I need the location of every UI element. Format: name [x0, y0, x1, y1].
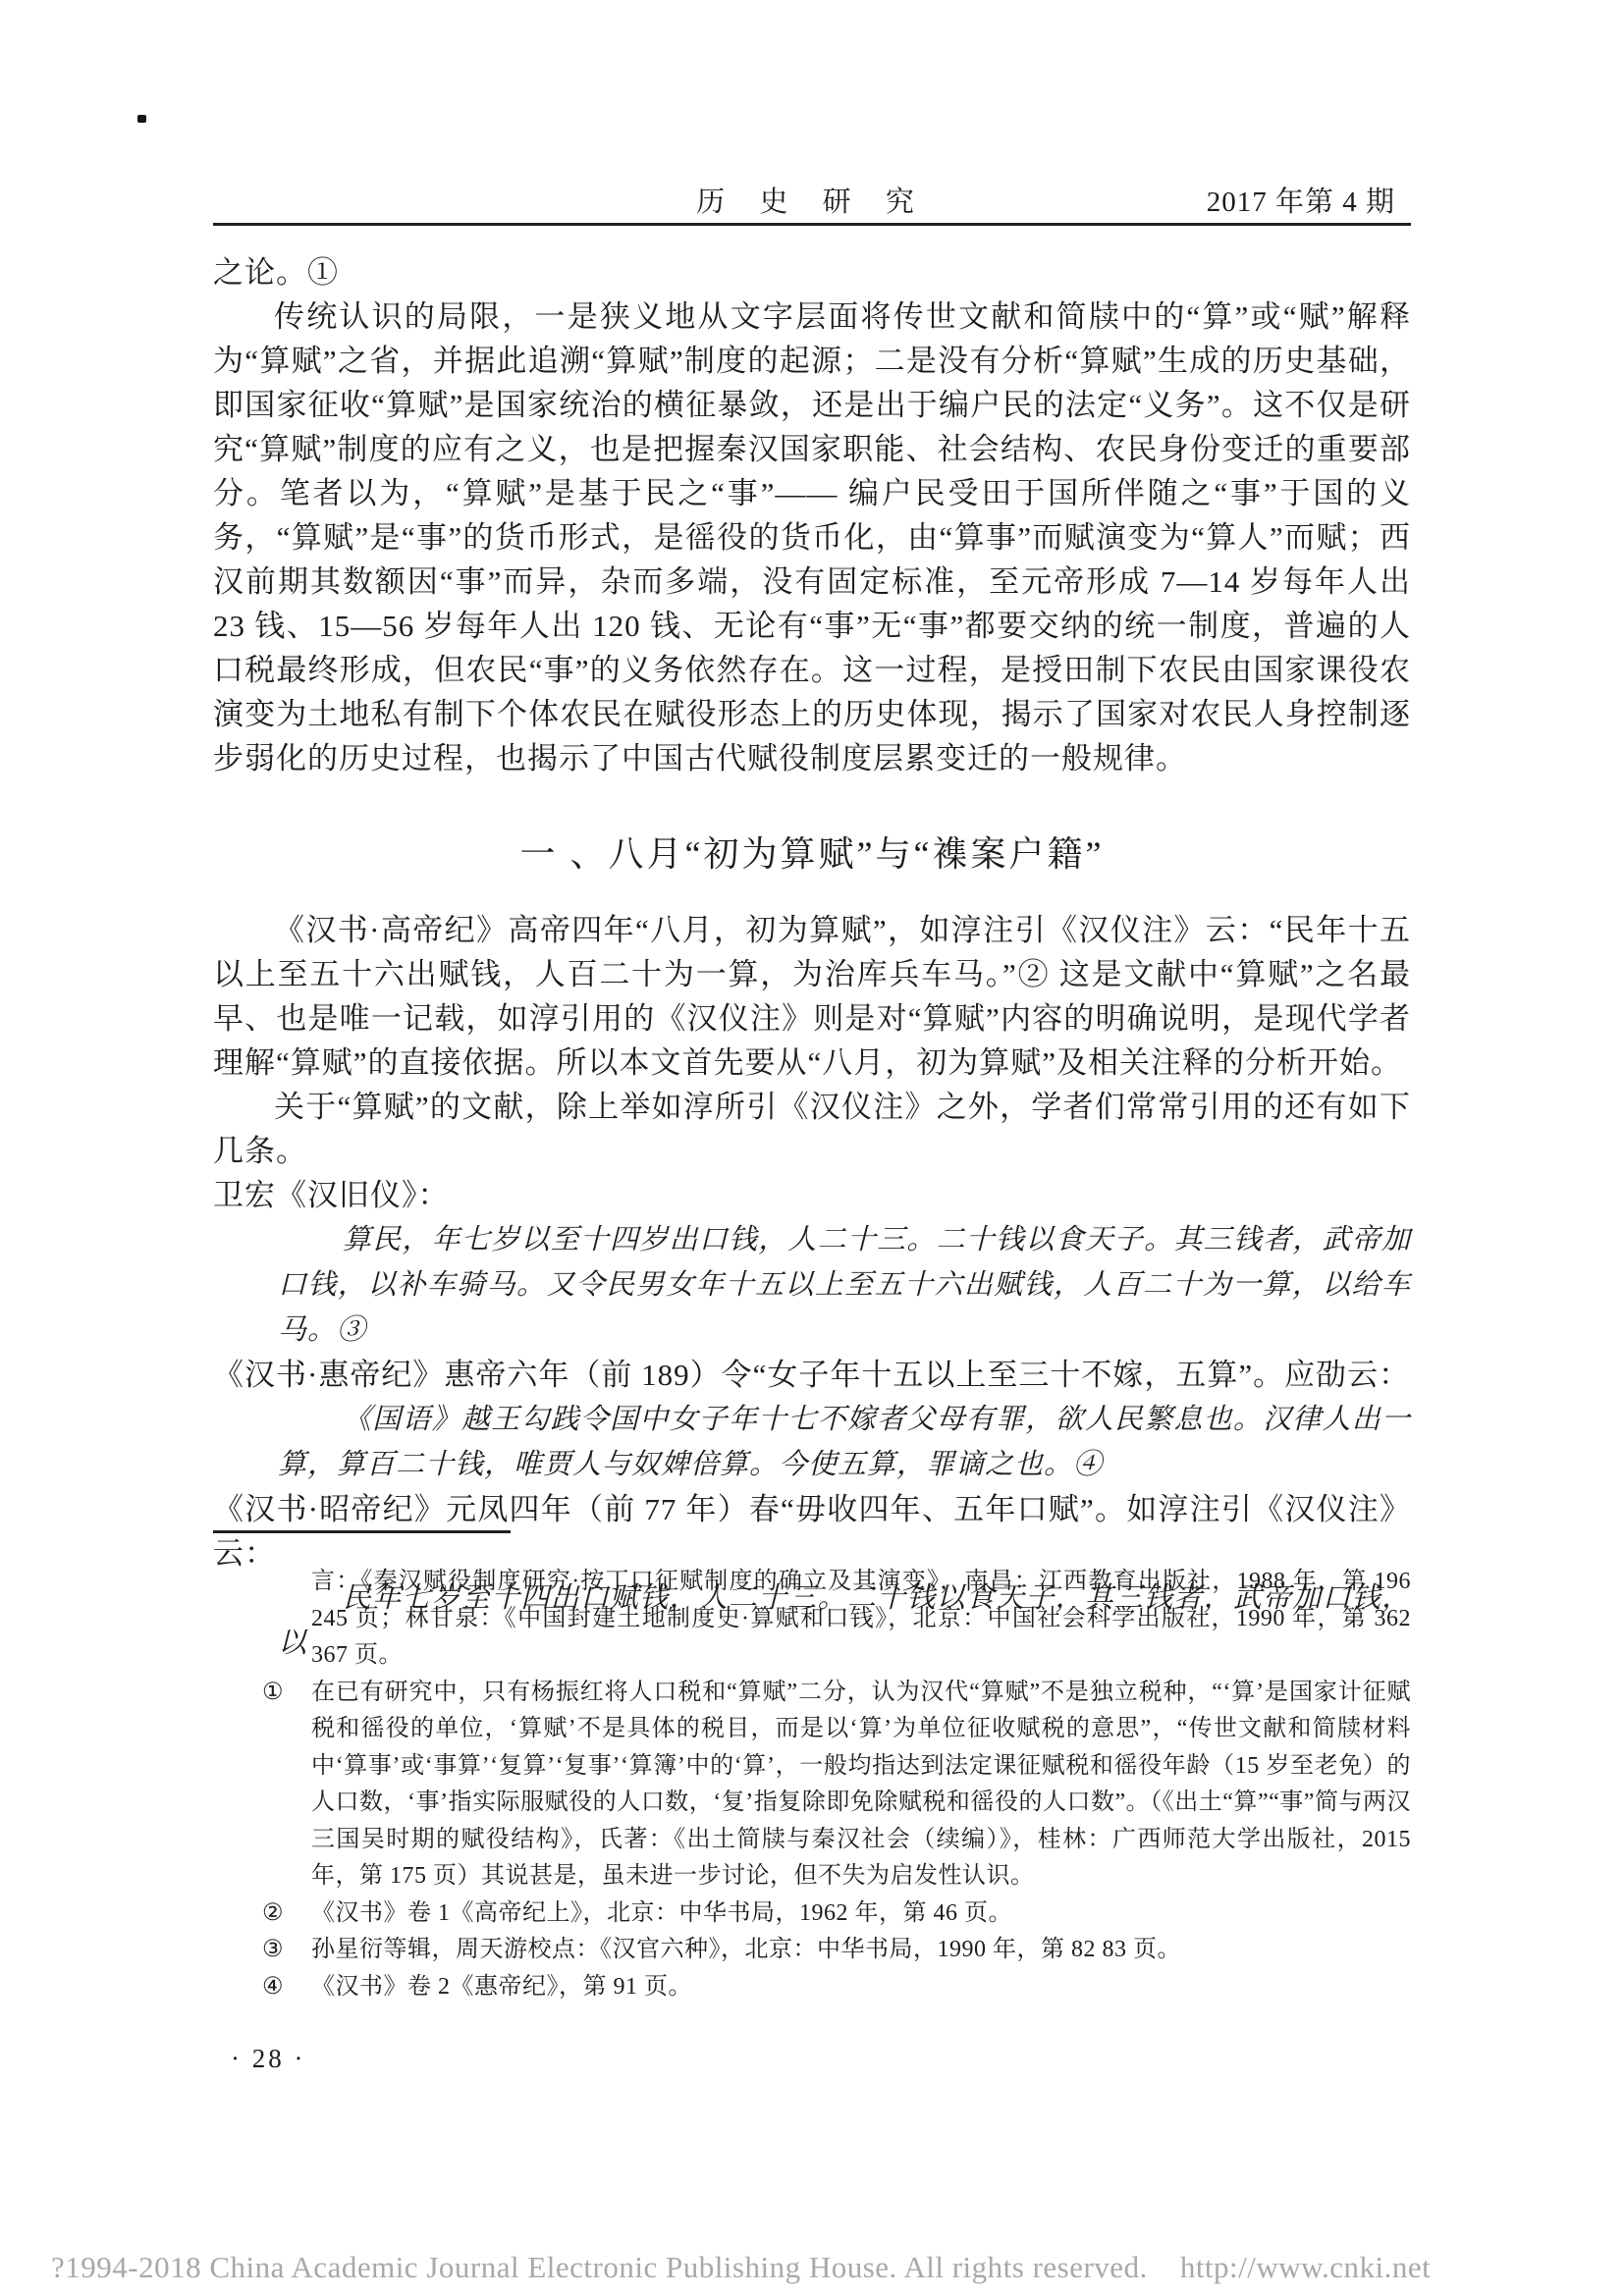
paragraph-sources-lead: 关于“算赋”的文献，除上举如淳所引《汉仪注》之外，学者们常常引用的还有如下几条。: [213, 1085, 1411, 1173]
footnote-item-1: ①在已有研究中，只有杨振红将人口税和“算赋”二分，认为汉代“算赋”不是独立税种，…: [213, 1675, 1411, 1896]
page-number: · 28 ·: [231, 2044, 305, 2074]
footnotes-block: 言：《秦汉赋役制度研究·按丁口征赋制度的确立及其演变》，南昌：江西教育出版社，1…: [213, 1564, 1411, 2005]
footnote-item-4: ④《汉书》卷 2《惠帝纪》，第 91 页。: [213, 1969, 1411, 2006]
cnki-watermark: ?1994-2018 China Academic Journal Electr…: [51, 2250, 1431, 2285]
paragraph-intro: 传统认识的局限，一是狭义地从文字层面将传世文献和简牍中的“算”或“赋”解释为“算…: [213, 294, 1411, 780]
block-quote-hanjiuyi: 算民，年七岁以至十四岁出口钱，人二十三。二十钱以食天子。其三钱者，武帝加口钱，以…: [278, 1217, 1411, 1353]
ink-speck-artifact: [137, 115, 146, 123]
footnote-marker-2: ②: [262, 1896, 301, 1933]
footnote-item-2: ②《汉书》卷 1《高帝纪上》，北京：中华书局，1962 年，第 46 页。: [213, 1896, 1411, 1933]
footnote-item-3: ③孙星衍等辑，周天游校点：《汉官六种》，北京：中华书局，1990 年，第 82 …: [213, 1932, 1411, 1969]
journal-page: 历 史 研 究 2017 年第 4 期 之论。① 传统认识的局限，一是狭义地从文…: [0, 0, 1624, 2296]
paragraph-hanshu-gaodi: 《汉书·高帝纪》高帝四年“八月，初为算赋”，如淳注引《汉仪注》云：“民年十五以上…: [213, 908, 1411, 1085]
article-body: 之论。① 传统认识的局限，一是狭义地从文字层面将传世文献和简牍中的“算”或“赋”…: [213, 250, 1411, 1666]
source-label-hanjiuyi: 卫宏《汉旧仪》：: [213, 1173, 1411, 1217]
issue-label: 2017 年第 4 期: [1207, 180, 1395, 220]
block-quote-guoyu: 《国语》越王勾践令国中女子年十七不嫁者父母有罪，欲人民繁息也。汉律人出一算，算百…: [278, 1397, 1411, 1487]
footnote-marker-3: ③: [262, 1932, 301, 1969]
footnote-separator-rule: [213, 1530, 511, 1533]
footnote-continuation: 言：《秦汉赋役制度研究·按丁口征赋制度的确立及其演变》，南昌：江西教育出版社，1…: [213, 1564, 1411, 1675]
footnote-text-2: 《汉书》卷 1《高帝纪上》，北京：中华书局，1962 年，第 46 页。: [311, 1900, 1012, 1926]
section-heading: 一 、八月“初为算赋”与“襍案户籍”: [213, 829, 1411, 879]
page-header: 历 史 研 究 2017 年第 4 期: [213, 180, 1411, 219]
paragraph-continuation: 之论。①: [213, 250, 1411, 294]
header-rule: [213, 223, 1411, 226]
footnote-text-3: 孙星衍等辑，周天游校点：《汉官六种》，北京：中华书局，1990 年，第 82 8…: [311, 1937, 1181, 1962]
footnote-marker-4: ④: [262, 1969, 301, 2006]
footnote-text-4: 《汉书》卷 2《惠帝纪》，第 91 页。: [311, 1974, 692, 2000]
footnote-text-1: 在已有研究中，只有杨振红将人口税和“算赋”二分，认为汉代“算赋”不是独立税种，“…: [311, 1680, 1411, 1890]
footnote-marker-1: ①: [262, 1675, 301, 1712]
source-lead-huidiji: 《汉书·惠帝纪》惠帝六年（前 189）令“女子年十五以上至三十不嫁，五算”。应劭…: [213, 1353, 1411, 1397]
